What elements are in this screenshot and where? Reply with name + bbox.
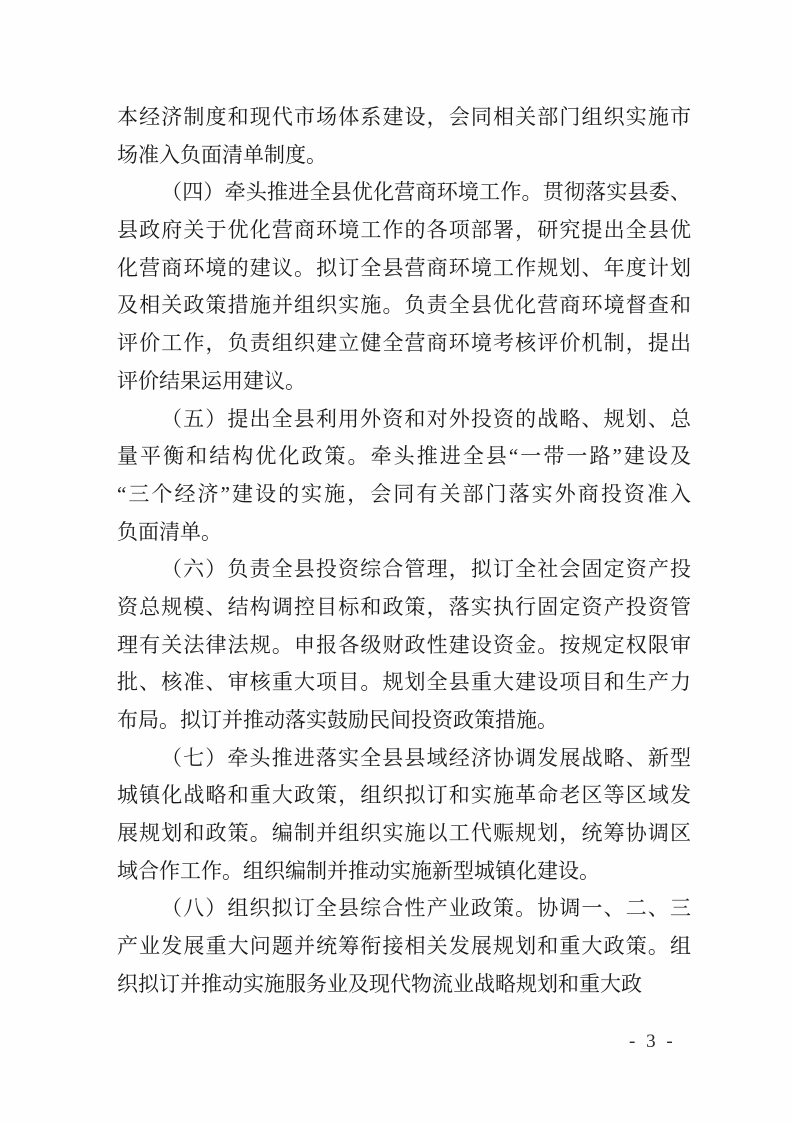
text-line: 批、核准、审核重大项目。规划全县重大建设项目和生产力 [117, 664, 691, 702]
text-line: （五）提出全县利用外资和对外投资的战略、规划、总 [117, 401, 691, 439]
text-line: （八）组织拟订全县综合性产业政策。协调一、二、三 [117, 890, 691, 928]
text-line: “三个经济”建设的实施，会同有关部门落实外商投资准入 [117, 476, 691, 514]
text-line: 资总规模、结构调控目标和政策，落实执行固定资产投资管 [117, 589, 691, 627]
page-number: - 3 - [629, 1031, 676, 1053]
text-line: 评价结果运用建议。 [117, 363, 691, 401]
text-line: 理有关法律法规。申报各级财政性建设资金。按规定权限审 [117, 627, 691, 665]
text-line: （六）负责全县投资综合管理，拟订全社会固定资产投 [117, 551, 691, 589]
document-page: 本经济制度和现代市场体系建设，会同相关部门组织实施市场准入负面清单制度。（四）牵… [0, 0, 793, 1122]
text-line: 负面清单。 [117, 514, 691, 552]
text-line: 评价工作，负责组织建立健全营商环境考核评价机制，提出 [117, 325, 691, 363]
text-line: （四）牵头推进全县优化营商环境工作。贯彻落实县委、 [117, 174, 691, 212]
document-body: 本经济制度和现代市场体系建设，会同相关部门组织实施市场准入负面清单制度。（四）牵… [117, 99, 691, 1004]
text-line: 展规划和政策。编制并组织实施以工代赈规划，统筹协调区 [117, 815, 691, 853]
text-line: 布局。拟订并推动落实鼓励民间投资政策措施。 [117, 702, 691, 740]
text-line: 及相关政策措施并组织实施。负责全县优化营商环境督查和 [117, 287, 691, 325]
text-line: 量平衡和结构优化政策。牵头推进全县“一带一路”建设及 [117, 438, 691, 476]
text-line: （七）牵头推进落实全县县域经济协调发展战略、新型 [117, 740, 691, 778]
text-line: 化营商环境的建议。拟订全县营商环境工作规划、年度计划 [117, 250, 691, 288]
text-line: 织拟订并推动实施服务业及现代物流业战略规划和重大政 [117, 966, 691, 1004]
text-line: 场准入负面清单制度。 [117, 137, 691, 175]
text-line: 城镇化战略和重大政策，组织拟订和实施革命老区等区域发 [117, 777, 691, 815]
text-line: 本经济制度和现代市场体系建设，会同相关部门组织实施市 [117, 99, 691, 137]
text-line: 域合作工作。组织编制并推动实施新型城镇化建设。 [117, 853, 691, 891]
text-line: 县政府关于优化营商环境工作的各项部署，研究提出全县优 [117, 212, 691, 250]
text-line: 产业发展重大问题并统筹衔接相关发展规划和重大政策。组 [117, 928, 691, 966]
